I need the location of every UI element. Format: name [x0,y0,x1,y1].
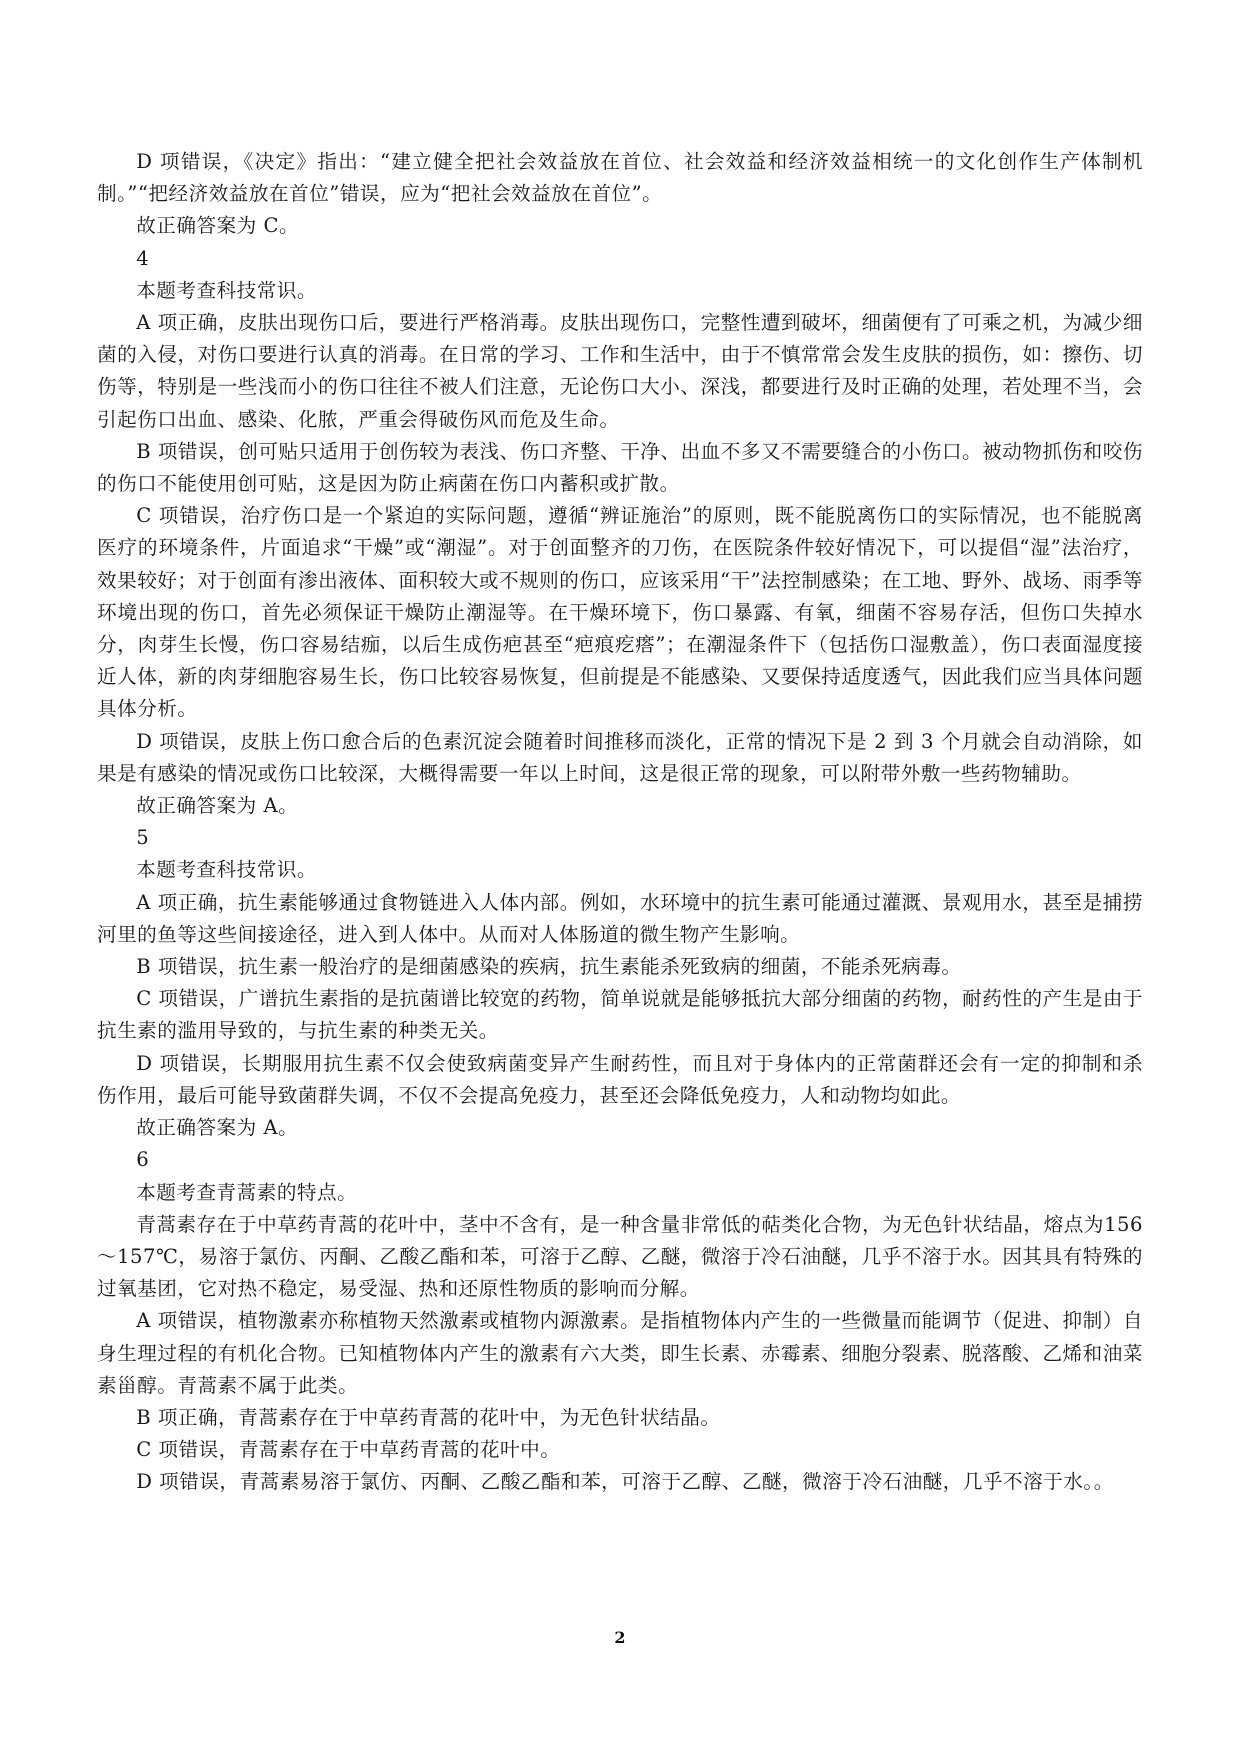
paragraph-q4-option-c: C 项错误，治疗伤口是一个紧迫的实际问题，遵循“辨证施治”的原则，既不能脱离伤口… [97,500,1143,725]
paragraph-q4-option-b: B 项错误，创可贴只适用于创伤较为表浅、伤口齐整、干净、出血不多又不需要缝合的小… [97,436,1143,500]
paragraph-q3-answer: 故正确答案为 C。 [97,210,1143,242]
paragraph-q3-option-d: D 项错误，《决定》指出：“建立健全把社会效益放在首位、社会效益和经济效益相统一… [97,146,1143,210]
paragraph-q5-option-c: C 项错误，广谱抗生素指的是抗菌谱比较宽的药物，简单说就是能够抵抗大部分细菌的药… [97,983,1143,1047]
question-number-5: 5 [97,822,1143,854]
paragraph-q4-topic: 本题考查科技常识。 [97,275,1143,307]
paragraph-q5-option-a: A 项正确，抗生素能够通过食物链进入人体内部。例如，水环境中的抗生素可能通过灌溉… [97,887,1143,951]
question-number-4: 4 [97,243,1143,275]
paragraph-q4-option-a: A 项正确，皮肤出现伤口后，要进行严格消毒。皮肤出现伤口，完整性遭到破坏，细菌便… [97,307,1143,436]
paragraph-q6-option-a: A 项错误，植物激素亦称植物天然激素或植物内源激素。是指植物体内产生的一些微量而… [97,1305,1143,1402]
page-number: 2 [0,1628,1240,1647]
paragraph-q4-option-d: D 项错误，皮肤上伤口愈合后的色素沉淀会随着时间推移而淡化，正常的情况下是 2 … [97,726,1143,790]
document-body: D 项错误，《决定》指出：“建立健全把社会效益放在首位、社会效益和经济效益相统一… [97,146,1143,1499]
paragraph-q5-option-b: B 项错误，抗生素一般治疗的是细菌感染的疾病，抗生素能杀死致病的细菌，不能杀死病… [97,951,1143,983]
paragraph-q4-answer: 故正确答案为 A。 [97,790,1143,822]
paragraph-q6-background: 青蒿素存在于中草药青蒿的花叶中，茎中不含有，是一种含量非常低的萜类化合物，为无色… [97,1209,1143,1306]
paragraph-q6-option-d: D 项错误，青蒿素易溶于氯仿、丙酮、乙酸乙酯和苯，可溶于乙醇、乙醚，微溶于冷石油… [97,1466,1143,1498]
question-number-6: 6 [97,1144,1143,1176]
paragraph-q6-topic: 本题考查青蒿素的特点。 [97,1177,1143,1209]
paragraph-q5-answer: 故正确答案为 A。 [97,1112,1143,1144]
paragraph-q5-topic: 本题考查科技常识。 [97,854,1143,886]
paragraph-q6-option-c: C 项错误，青蒿素存在于中草药青蒿的花叶中。 [97,1434,1143,1466]
paragraph-q6-option-b: B 项正确，青蒿素存在于中草药青蒿的花叶中，为无色针状结晶。 [97,1402,1143,1434]
paragraph-q5-option-d: D 项错误，长期服用抗生素不仅会使致病菌变异产生耐药性，而且对于身体内的正常菌群… [97,1048,1143,1112]
